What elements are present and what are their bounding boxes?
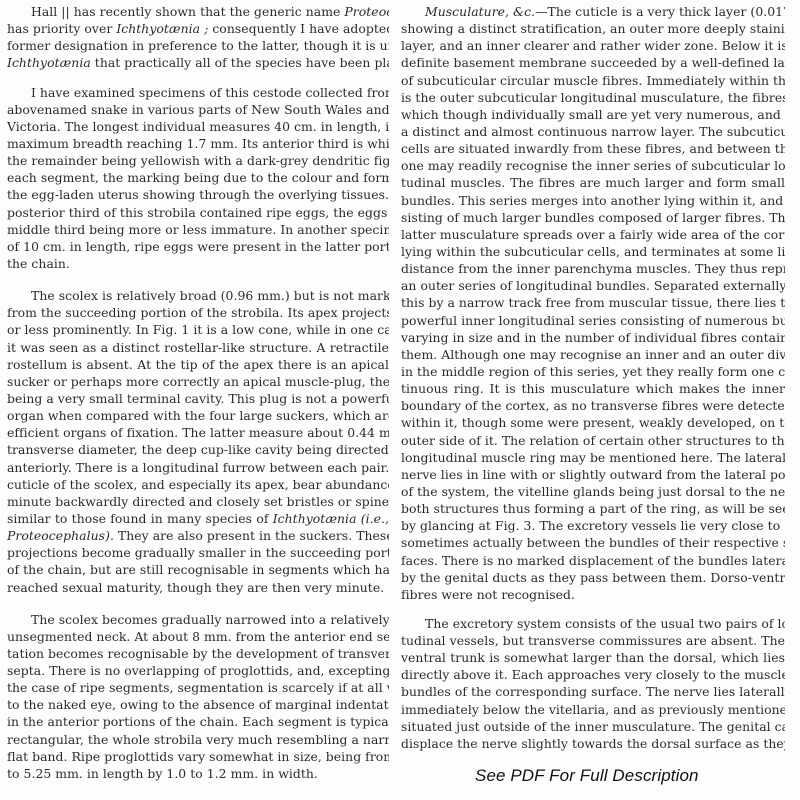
paragraph-gap bbox=[401, 603, 785, 615]
text-line: displace the nerve slightly towards the … bbox=[401, 735, 785, 752]
text-line: similar to those found in many species o… bbox=[7, 510, 389, 527]
text-line: The scolex is relatively broad (0.96 mm.… bbox=[7, 287, 389, 304]
text-line: boundary of the cortex, as no transverse… bbox=[401, 397, 785, 414]
text-line: to 5.25 mm. in length by 1.0 to 1.2 mm. … bbox=[7, 765, 389, 782]
text-line: of 10 cm. in length, ripe eggs were pres… bbox=[7, 238, 389, 255]
text-line: in the middle region of this series, yet… bbox=[401, 363, 785, 380]
paragraph: The excretory system consists of the usu… bbox=[401, 615, 785, 752]
text-line: bundles of the corresponding surface. Th… bbox=[401, 683, 785, 700]
left-column: Hall || has recently shown that the gene… bbox=[7, 3, 389, 782]
text-line: fibres were not recognised. bbox=[401, 586, 785, 603]
text-line: anteriorly. There is a longitudinal furr… bbox=[7, 459, 389, 476]
italic-term: Proteocephalus bbox=[344, 4, 389, 19]
paragraph: The scolex is relatively broad (0.96 mm.… bbox=[7, 287, 389, 596]
text-line: outer side of it. The relation of certai… bbox=[401, 432, 785, 449]
text-line: which though individually small are yet … bbox=[401, 106, 785, 123]
text-line: the chain. bbox=[7, 255, 389, 272]
text-line: Hall || has recently shown that the gene… bbox=[7, 3, 389, 20]
text-line: an outer series of longitudinal bundles.… bbox=[401, 277, 785, 294]
text-line: unsegmented neck. At about 8 mm. from th… bbox=[7, 628, 389, 645]
text-line: Ichthyotænia that practically all of the… bbox=[7, 54, 389, 71]
text-line: by the genital ducts as they pass betwee… bbox=[401, 569, 785, 586]
text-line: bundles. This series merges into another… bbox=[401, 192, 785, 209]
text-line: it was seen as a distinct rostellar-like… bbox=[7, 339, 389, 356]
text-line: organ when compared with the four large … bbox=[7, 407, 389, 424]
text-line: of subcuticular circular muscle fibres. … bbox=[401, 72, 785, 89]
text-line: cuticle of the scolex, and especially it… bbox=[7, 476, 389, 493]
text-line: maximum breadth reaching 1.7 mm. Its ant… bbox=[7, 135, 389, 152]
text-line: definite basement membrane succeeded by … bbox=[401, 54, 785, 71]
text-line: rectangular, the whole strobila very muc… bbox=[7, 731, 389, 748]
text-line: middle third being more or less immature… bbox=[7, 221, 389, 238]
paragraph: Musculature, &c.—The cuticle is a very t… bbox=[401, 3, 785, 603]
text-line: ventral trunk is somewhat larger than th… bbox=[401, 649, 785, 666]
text-line: distance from the inner parenchyma muscl… bbox=[401, 260, 785, 277]
text-line: has priority over Ichthyotænia ; consequ… bbox=[7, 20, 389, 37]
text-line: Victoria. The longest individual measure… bbox=[7, 118, 389, 135]
italic-term: Ichthyotænia (i.e., bbox=[273, 511, 389, 526]
text-line: is the outer subcuticular longitudinal m… bbox=[401, 89, 785, 106]
text-line: sometimes actually between the bundles o… bbox=[401, 534, 785, 551]
italic-term: Proteocephalus). bbox=[7, 528, 114, 543]
text-line: a distinct and almost continuous narrow … bbox=[401, 123, 785, 140]
text-line: sisting of much larger bundles composed … bbox=[401, 209, 785, 226]
paragraph-gap bbox=[7, 596, 389, 611]
text-line: Proteocephalus). They are also present i… bbox=[7, 527, 389, 544]
italic-term: Ichthyotænia ; bbox=[116, 21, 208, 36]
text-line: of the chain, but are still recognisable… bbox=[7, 561, 389, 578]
text-line: faces. There is no marked displacement o… bbox=[401, 552, 785, 569]
paragraph: Hall || has recently shown that the gene… bbox=[7, 3, 389, 72]
text-line: layer, and an inner clearer and rather w… bbox=[401, 37, 785, 54]
text-line: both structures thus forming a part of t… bbox=[401, 500, 785, 517]
text-line: cells are situated inwardly from these f… bbox=[401, 140, 785, 157]
text-line: in the anterior portions of the chain. E… bbox=[7, 713, 389, 730]
text-line: The scolex becomes gradually narrowed in… bbox=[7, 611, 389, 628]
text-line: Musculature, &c.—The cuticle is a very t… bbox=[401, 3, 785, 20]
text-line: lying within the subcuticular cells, and… bbox=[401, 243, 785, 260]
text-line: abovenamed snake in various parts of New… bbox=[7, 101, 389, 118]
text-line: by glancing at Fig. 3. The excretory ves… bbox=[401, 517, 785, 534]
text-line: powerful inner longitudinal series consi… bbox=[401, 312, 785, 329]
text-line: posterior third of this strobila contain… bbox=[7, 204, 389, 221]
text-line: to the naked eye, owing to the absence o… bbox=[7, 696, 389, 713]
text-line: projections become gradually smaller in … bbox=[7, 544, 389, 561]
text-line: or less prominently. In Fig. 1 it is a l… bbox=[7, 321, 389, 338]
paragraph: I have examined specimens of this cestod… bbox=[7, 84, 389, 273]
text-line: tation becomes recognisable by the devel… bbox=[7, 645, 389, 662]
text-line: varying in size and in the number of ind… bbox=[401, 329, 785, 346]
text-line: tinuous ring. It is this musculature whi… bbox=[401, 380, 785, 397]
text-line: directly above it. Each approaches very … bbox=[401, 666, 785, 683]
text-line: of the system, the vitelline glands bein… bbox=[401, 483, 785, 500]
text-line: within it, though some were present, wea… bbox=[401, 414, 785, 431]
text-line: each segment, the marking being due to t… bbox=[7, 169, 389, 186]
text-line: sucker or perhaps more correctly an apic… bbox=[7, 373, 389, 390]
text-line: The excretory system consists of the usu… bbox=[401, 615, 785, 632]
text-line: them. Although one may recognise an inne… bbox=[401, 346, 785, 363]
italic-term: Musculature, &c. bbox=[425, 4, 535, 19]
text-line: latter musculature spreads over a fairly… bbox=[401, 226, 785, 243]
text-line: septa. There is no overlapping of proglo… bbox=[7, 662, 389, 679]
text-line: reached sexual maturity, though they are… bbox=[7, 579, 389, 596]
paragraph-gap bbox=[7, 272, 389, 287]
text-line: I have examined specimens of this cestod… bbox=[7, 84, 389, 101]
text-line: the egg-laden uterus showing through the… bbox=[7, 186, 389, 203]
document-page: Hall || has recently shown that the gene… bbox=[0, 0, 800, 800]
right-column: Musculature, &c.—The cuticle is a very t… bbox=[401, 3, 785, 752]
text-line: flat band. Ripe proglottids vary somewha… bbox=[7, 748, 389, 765]
text-line: longitudinal muscle ring may be mentione… bbox=[401, 449, 785, 466]
text-line: being a very small terminal cavity. This… bbox=[7, 390, 389, 407]
text-line: tudinal muscles. The fibres are much lar… bbox=[401, 174, 785, 191]
text-line: minute backwardly directed and closely s… bbox=[7, 493, 389, 510]
paragraph: The scolex becomes gradually narrowed in… bbox=[7, 611, 389, 782]
see-pdf-note: See PDF For Full Description bbox=[475, 766, 699, 786]
text-line: the case of ripe segments, segmentation … bbox=[7, 679, 389, 696]
text-line: situated just outside of the inner muscu… bbox=[401, 718, 785, 735]
text-line: this by a narrow track free from muscula… bbox=[401, 294, 785, 311]
text-line: one may readily recognise the inner seri… bbox=[401, 157, 785, 174]
text-line: showing a distinct stratification, an ou… bbox=[401, 20, 785, 37]
text-line: nerve lies in line with or slightly outw… bbox=[401, 466, 785, 483]
text-line: immediately below the vitellaria, and as… bbox=[401, 701, 785, 718]
paragraph-gap bbox=[7, 72, 389, 84]
text-line: transverse diameter, the deep cup-like c… bbox=[7, 441, 389, 458]
text-line: the remainder being yellowish with a dar… bbox=[7, 152, 389, 169]
text-line: tudinal vessels, but transverse commissu… bbox=[401, 632, 785, 649]
text-line: from the succeeding portion of the strob… bbox=[7, 304, 389, 321]
text-line: efficient organs of fixation. The latter… bbox=[7, 424, 389, 441]
italic-term: Ichthyotænia bbox=[7, 55, 91, 70]
text-line: former designation in preference to the … bbox=[7, 37, 389, 54]
text-line: rostellum is absent. At the tip of the a… bbox=[7, 356, 389, 373]
